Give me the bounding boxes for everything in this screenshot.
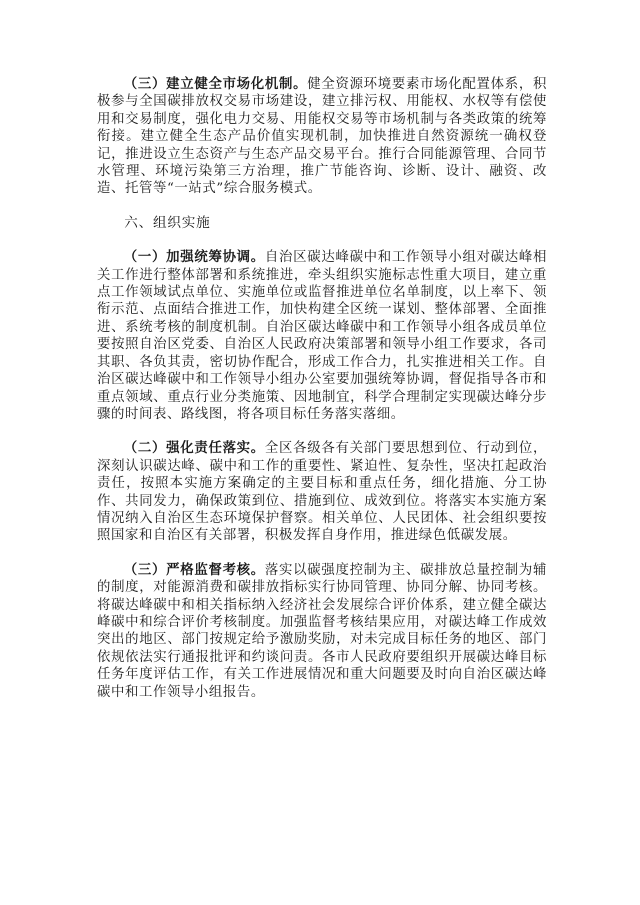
paragraph-lead: （三）建立健全市场化机制。 (124, 77, 307, 92)
paragraph-market-mechanism: （三）建立健全市场化机制。健全资源环境要素市场化配置体系，积极参与全国碳排放权交… (97, 76, 547, 198)
section-heading: 六、组织实施 (97, 215, 547, 232)
paragraph-body: 自治区碳达峰碳中和工作领导小组对碳达峰相关工作进行整体部署和系统推进，牵头组织实… (97, 250, 547, 422)
paragraph-body: 全区各级各有关部门要思想到位、行动到位，深刻认识碳达峰、碳中和工作的重要性、紧迫… (97, 441, 547, 543)
paragraph-body: 落实以碳强度控制为主、碳排放总量控制为辅的制度，对能源消费和碳排放指标实行协同管… (97, 563, 547, 700)
document-page: （三）建立健全市场化机制。健全资源环境要素市场化配置体系，积极参与全国碳排放权交… (97, 76, 547, 701)
paragraph-lead: （二）强化责任落实。 (124, 441, 265, 456)
paragraph-coordination: （一）加强统筹协调。自治区碳达峰碳中和工作领导小组对碳达峰相关工作进行整体部署和… (97, 249, 547, 423)
paragraph-responsibility: （二）强化责任落实。全区各级各有关部门要思想到位、行动到位，深刻认识碳达峰、碳中… (97, 440, 547, 544)
paragraph-lead: （三）严格监督考核。 (124, 563, 265, 578)
paragraph-lead: （一）加强统筹协调。 (124, 250, 265, 265)
paragraph-supervision: （三）严格监督考核。落实以碳强度控制为主、碳排放总量控制为辅的制度，对能源消费和… (97, 562, 547, 701)
paragraph-body: 健全资源环境要素市场化配置体系，积极参与全国碳排放权交易市场建设，建立排污权、用… (97, 77, 547, 196)
